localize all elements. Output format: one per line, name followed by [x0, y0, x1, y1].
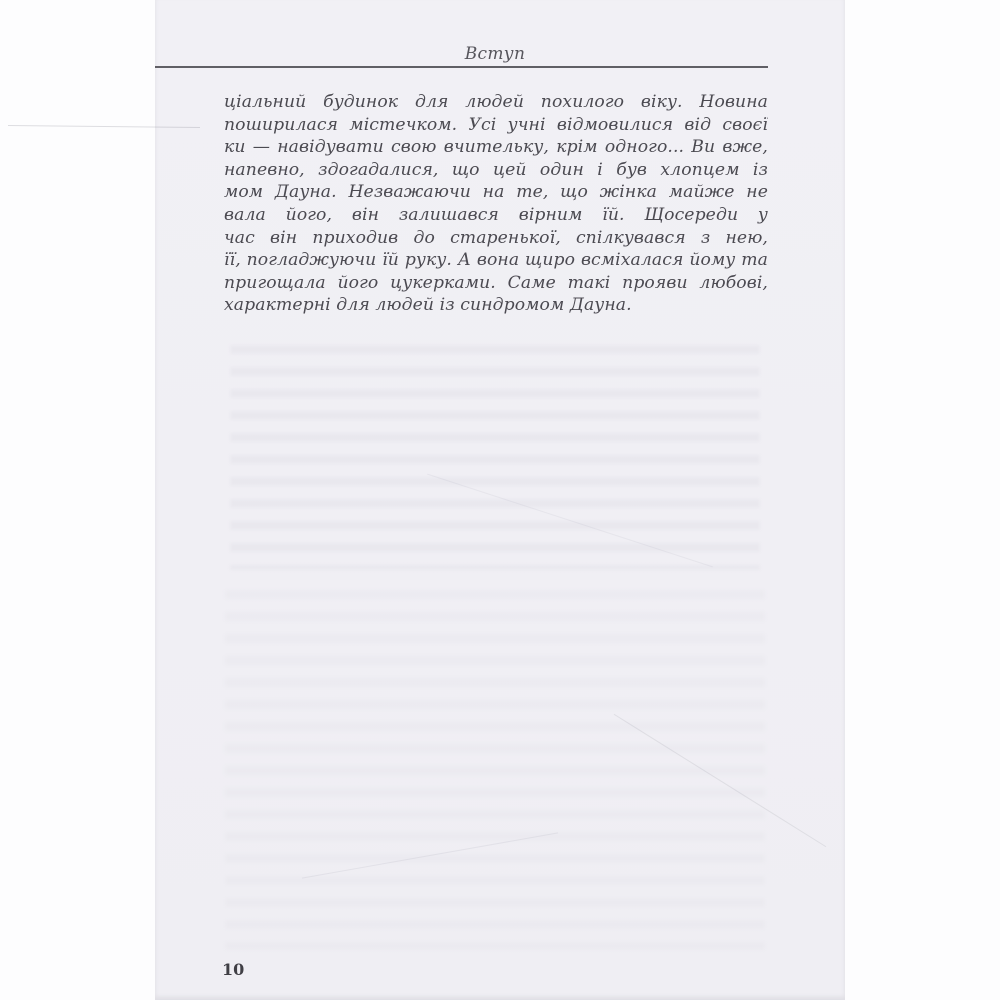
scan-background: Вступ ціальний будинок для людей похилог…	[0, 0, 1000, 1000]
text-line: ціальний будинок для людей похилого віку…	[224, 91, 768, 114]
book-page: Вступ ціальний будинок для людей похилог…	[155, 0, 845, 1000]
running-header-title: Вступ	[222, 44, 768, 64]
text-line: характерні для людей із синдромом Дауна.	[224, 294, 768, 317]
reverse-side-show-through	[230, 345, 760, 570]
text-line: вала його, він залишався вірним їй. Щосе…	[224, 204, 768, 227]
body-paragraph: ціальний будинок для людей похилого віку…	[224, 91, 768, 317]
text-line: пригощала його цукерками. Саме такі проя…	[224, 272, 768, 295]
header-rule	[155, 66, 768, 68]
reverse-side-show-through	[225, 590, 765, 950]
text-line: напевно, здогадалися, що цей один і був …	[224, 159, 768, 182]
page-number: 10	[222, 960, 244, 979]
text-line: ки — навідувати свою вчительку, крім одн…	[224, 136, 768, 159]
text-line: мом Дауна. Незважаючи на те, що жінка ма…	[224, 181, 768, 204]
text-line: час він приходив до старенької, спілкува…	[224, 227, 768, 250]
text-line: поширилася містечком. Усі учні відмовили…	[224, 114, 768, 137]
text-line: її, погладжуючи їй руку. А вона щиро всм…	[224, 249, 768, 272]
